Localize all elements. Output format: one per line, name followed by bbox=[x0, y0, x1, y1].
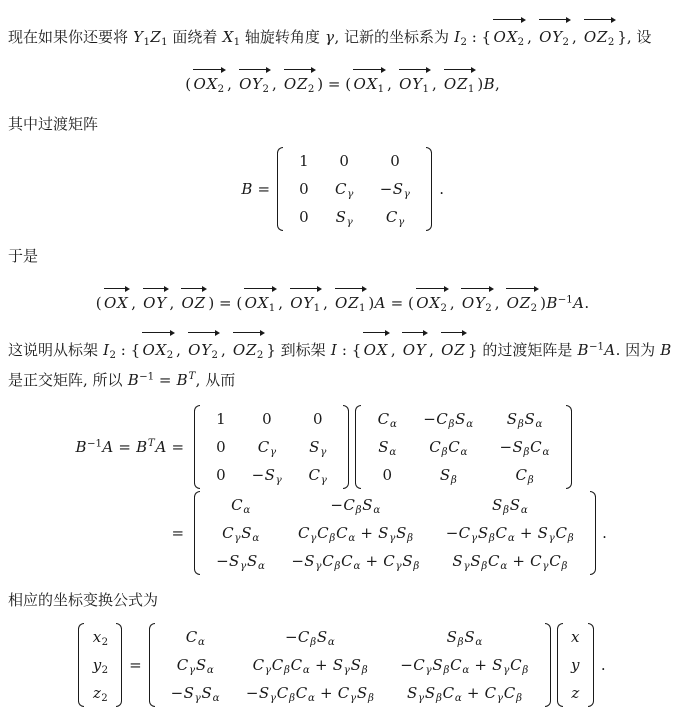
matrix-cell: CγSα bbox=[158, 651, 233, 679]
matrix-cell: 0 bbox=[322, 147, 367, 175]
right-paren bbox=[588, 623, 594, 707]
matrix-BTA-product: Cα−CβSαSβSαCγSαCγCβCα + SγSβ−CγSβCα + Sγ… bbox=[194, 491, 596, 575]
equation-frame2-definition: (OX2, OY2, OZ2) = (OX1, OY1, OZ1)B, bbox=[8, 65, 677, 96]
right-paren bbox=[343, 405, 349, 489]
matrix-cell: 0 bbox=[203, 433, 239, 461]
matrix-cell: z bbox=[566, 679, 585, 707]
matrix-cell: Cα bbox=[203, 491, 278, 519]
matrix-cell: CγCβCα + SγSβ bbox=[233, 651, 387, 679]
matrix-cell: y2 bbox=[87, 651, 113, 679]
matrix-cell: −CβSα bbox=[278, 491, 432, 519]
paragraph-therefore: 于是 bbox=[8, 241, 677, 271]
matrix-cell: SγSβCα + CγCβ bbox=[433, 547, 587, 575]
equation-coordinate-transform: x2y2z2 = Cα−CβSαSβSαCγSαCγCβCα + SγSβ−Cγ… bbox=[8, 623, 677, 707]
matrix-cell: Cα bbox=[364, 405, 410, 433]
math-document: 现在如果你还要将 Y1Z1 面绕着 X1 轴旋转角度 γ, 记新的坐标系为 I2… bbox=[0, 0, 685, 725]
derivation-line2-rhs: Cα−CβSαSβSαCγSαCγCβCα + SγSβ−CγSβCα + Sγ… bbox=[191, 491, 610, 575]
matrix-cell: Sβ bbox=[410, 461, 486, 489]
matrix-cell: −SγCβCα + CγSβ bbox=[233, 679, 387, 707]
matrix-cell: y bbox=[566, 651, 585, 679]
matrix-cell: 0 bbox=[364, 461, 410, 489]
matrix-cell: 0 bbox=[239, 405, 296, 433]
matrix-cell: −SβCα bbox=[486, 433, 562, 461]
right-paren bbox=[566, 405, 572, 489]
matrix-cell: −CβSα bbox=[410, 405, 486, 433]
paragraph-explanation: 这说明从标架 I2 : {OX2, OY2, OZ2} 到标架 I : {OX,… bbox=[8, 328, 677, 395]
matrix-cell: Sγ bbox=[322, 203, 367, 231]
matrix-cell: CβCα bbox=[410, 433, 486, 461]
vector-xyz: xyz bbox=[557, 623, 594, 707]
derivation-line2-lhs: = bbox=[75, 524, 191, 542]
matrix-cell: Cγ bbox=[367, 203, 424, 231]
matrix-transform: Cα−CβSαSβSαCγSαCγCβCα + SγSβ−CγSβCα + Sγ… bbox=[149, 623, 551, 707]
matrix-cell: Cγ bbox=[239, 433, 296, 461]
matrix-cell: −CγSβCα + SγCβ bbox=[387, 651, 541, 679]
left-paren bbox=[277, 147, 283, 231]
matrix-cell: −CγSβCα + SγCβ bbox=[433, 519, 587, 547]
derivation-line1-rhs: 1000CγSγ0−SγCγ Cα−CβSαSβSαSαCβCα−SβCα0Sβ… bbox=[191, 405, 610, 489]
coordinate-equals: = bbox=[129, 656, 142, 674]
derivation-period: . bbox=[602, 524, 607, 542]
matrix-cell: x2 bbox=[87, 623, 113, 651]
matrix-cell: Cα bbox=[158, 623, 233, 651]
paragraph-coordinate-formula: 相应的坐标变换公式为 bbox=[8, 585, 677, 615]
matrix-cell: Cβ bbox=[486, 461, 562, 489]
right-paren bbox=[426, 147, 432, 231]
matrix-B-transpose: 1000CγSγ0−SγCγ bbox=[194, 405, 349, 489]
matrix-cell: 0 bbox=[367, 147, 424, 175]
vector-xyz2: x2y2z2 bbox=[78, 623, 122, 707]
matrix-cell: −SγCβCα + CγSβ bbox=[278, 547, 432, 575]
matrix-B: 1000Cγ−Sγ0SγCγ bbox=[277, 147, 432, 231]
right-paren bbox=[590, 491, 596, 575]
matrix-cell: SγSβCα + CγCβ bbox=[387, 679, 541, 707]
matrix-cell: −SγSα bbox=[203, 547, 278, 575]
left-paren bbox=[149, 623, 155, 707]
matrix-cell: 0 bbox=[203, 461, 239, 489]
matrix-cell: −CβSα bbox=[233, 623, 387, 651]
left-paren bbox=[557, 623, 563, 707]
equation-B-lhs: B = bbox=[241, 180, 270, 198]
matrix-cell: 0 bbox=[286, 175, 322, 203]
paragraph-intro: 现在如果你还要将 Y1Z1 面绕着 X1 轴旋转角度 γ, 记新的坐标系为 I2… bbox=[8, 15, 677, 52]
left-paren bbox=[194, 491, 200, 575]
matrix-cell: CγSα bbox=[203, 519, 278, 547]
matrix-cell: x bbox=[566, 623, 585, 651]
matrix-cell: 1 bbox=[286, 147, 322, 175]
equation-BinvA-derivation: B−1A = BTA = 1000CγSγ0−SγCγ Cα−CβSαSβSαS… bbox=[8, 405, 677, 575]
matrix-cell: 0 bbox=[286, 203, 322, 231]
matrix-cell: −Sγ bbox=[367, 175, 424, 203]
right-paren bbox=[545, 623, 551, 707]
paragraph-transition-matrix: 其中过渡矩阵 bbox=[8, 109, 677, 139]
derivation-line1-lhs: B−1A = BTA = bbox=[75, 438, 191, 456]
equation-matrix-B: B = 1000Cγ−Sγ0SγCγ . bbox=[8, 147, 677, 231]
matrix-cell: SβSα bbox=[486, 405, 562, 433]
matrix-cell: Sα bbox=[364, 433, 410, 461]
matrix-cell: z2 bbox=[87, 679, 113, 707]
right-paren bbox=[116, 623, 122, 707]
coordinate-period: . bbox=[601, 656, 606, 674]
matrix-A: Cα−CβSαSβSαSαCβCα−SβCα0SβCβ bbox=[355, 405, 571, 489]
left-paren bbox=[355, 405, 361, 489]
matrix-cell: 1 bbox=[203, 405, 239, 433]
equation-frame-relation: (OX, OY, OZ) = (OX1, OY1, OZ1)A = (OX2, … bbox=[8, 284, 677, 315]
matrix-cell: SβSα bbox=[433, 491, 587, 519]
left-paren bbox=[194, 405, 200, 489]
equation-B-period: . bbox=[439, 180, 444, 198]
matrix-cell: Cγ bbox=[295, 461, 340, 489]
matrix-cell: Sγ bbox=[295, 433, 340, 461]
matrix-cell: SβSα bbox=[387, 623, 541, 651]
matrix-cell: −SγSα bbox=[158, 679, 233, 707]
matrix-cell: Cγ bbox=[322, 175, 367, 203]
left-paren bbox=[78, 623, 84, 707]
matrix-cell: 0 bbox=[295, 405, 340, 433]
matrix-cell: −Sγ bbox=[239, 461, 296, 489]
matrix-cell: CγCβCα + SγSβ bbox=[278, 519, 432, 547]
